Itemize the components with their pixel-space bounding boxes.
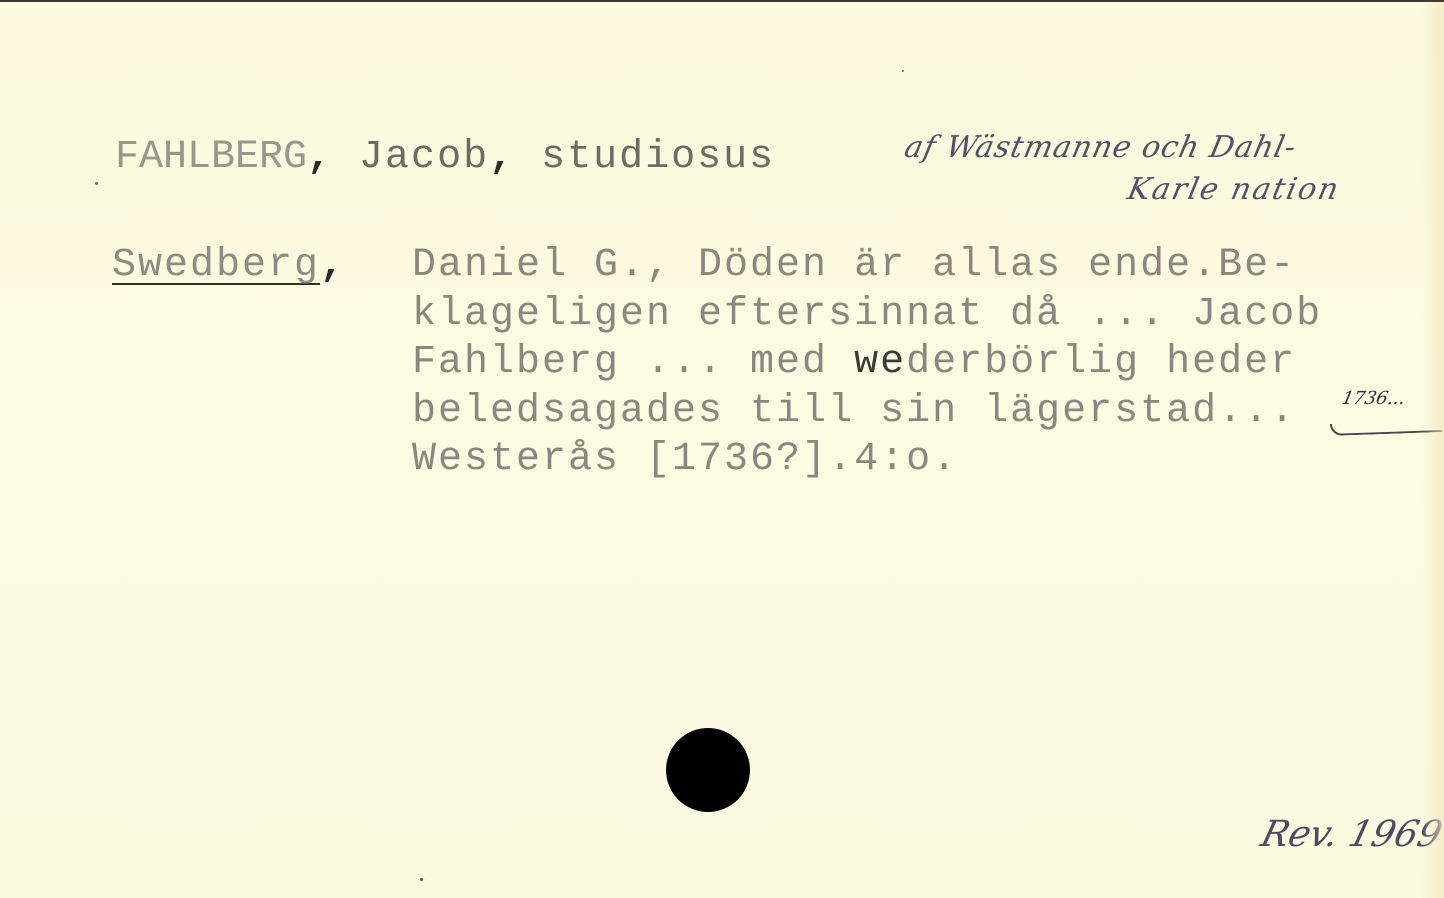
ink-speck bbox=[420, 878, 423, 881]
handwritten-nation-line-2: Karle nation bbox=[1124, 172, 1343, 207]
description-line-3-end: derbörlig heder bbox=[906, 340, 1296, 385]
heading-given-name: Jacob bbox=[333, 135, 489, 180]
heading-title: studiosus bbox=[515, 135, 775, 180]
entry-heading: FAHLBERG, Jacob, studiosus bbox=[115, 134, 775, 182]
revision-note: Rev. 1969 bbox=[1257, 814, 1444, 855]
description-line-2: klageligen eftersinnat då ... Jacob bbox=[412, 292, 1322, 337]
punch-hole bbox=[666, 728, 750, 812]
heading-comma-2: , bbox=[489, 135, 515, 180]
description-line-4: beledsagades till sin lägerstad... bbox=[412, 389, 1296, 434]
bibliographic-description: Daniel G., Döden är allas ende.Be- klage… bbox=[412, 242, 1322, 485]
author-name: Swedberg bbox=[112, 243, 320, 288]
handwritten-year-note: 1736... bbox=[1340, 388, 1407, 409]
heading-comma: , bbox=[307, 135, 333, 180]
description-line-3-dark: we bbox=[854, 340, 906, 385]
handwritten-nation-line-1: af Wästmanne och Dahl- bbox=[901, 130, 1300, 165]
catalog-card: FAHLBERG, Jacob, studiosus af Wästmanne … bbox=[0, 0, 1444, 898]
heading-surname: FAHLBERG bbox=[115, 135, 307, 180]
description-line-5: Westerås [1736?].4:o. bbox=[412, 437, 958, 482]
author-comma: , bbox=[320, 243, 346, 288]
author-entry: Swedberg, bbox=[112, 242, 346, 290]
ink-speck bbox=[902, 70, 904, 72]
handwritten-bracket-mark bbox=[1330, 420, 1442, 436]
description-line-3-start: Fahlberg ... med bbox=[412, 340, 854, 385]
description-line-1: Daniel G., Döden är allas ende.Be- bbox=[412, 243, 1296, 288]
ink-speck bbox=[95, 182, 98, 185]
